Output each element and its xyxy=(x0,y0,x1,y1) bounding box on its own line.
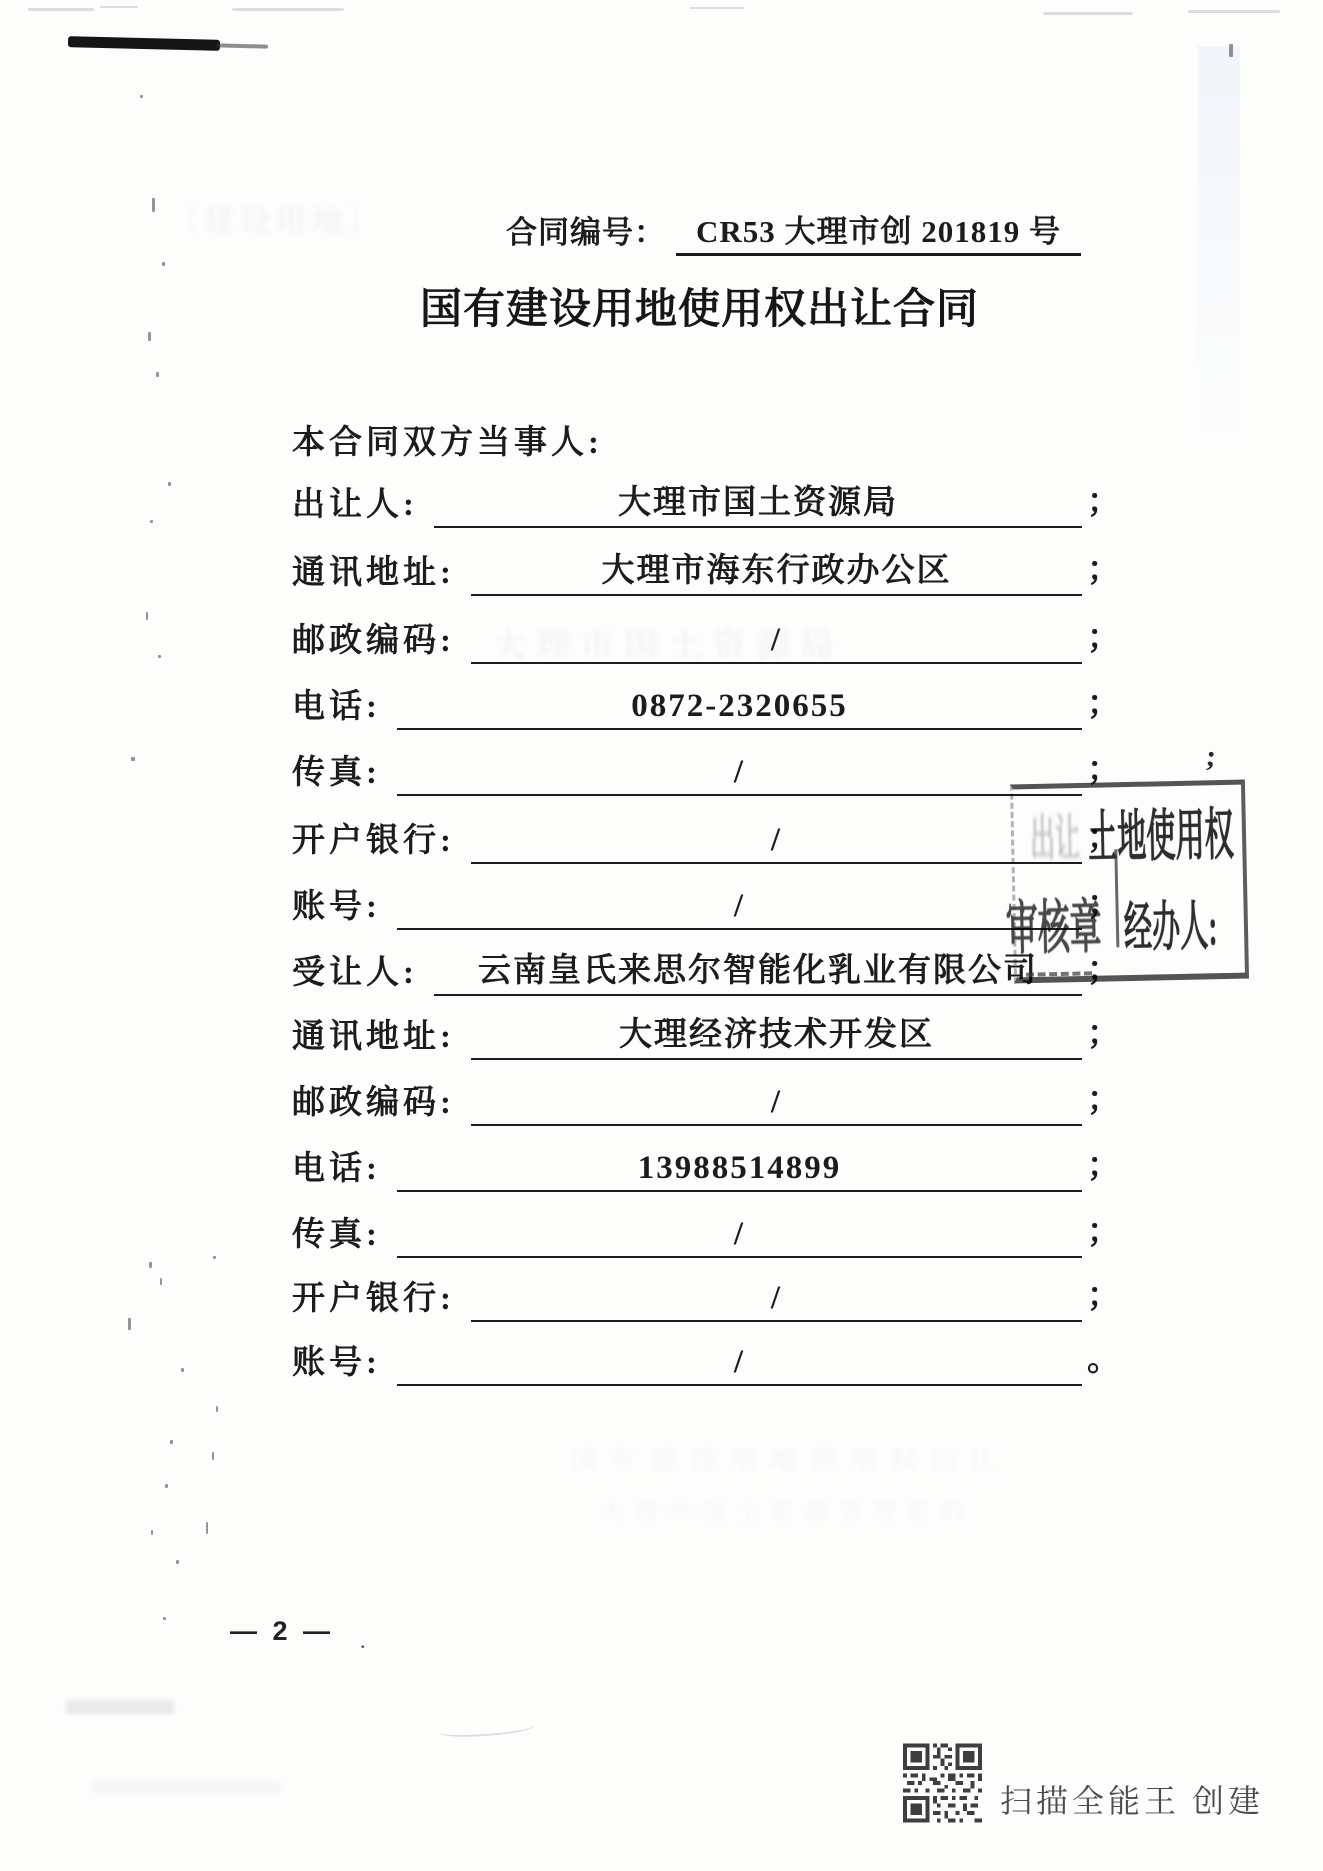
scan-speck-artifact xyxy=(158,655,161,658)
form-row-label: 电话: xyxy=(292,1142,381,1192)
form-row-label: 邮政编码: xyxy=(292,614,455,664)
scan-speck-artifact xyxy=(151,1530,153,1535)
scan-speck-artifact xyxy=(149,1262,152,1268)
form-row-value: / xyxy=(471,1280,1082,1322)
page-number: — 2 — xyxy=(230,1616,334,1647)
scan-speck-artifact xyxy=(212,1452,214,1460)
scanner-watermark-text: 扫描全能王 创建 xyxy=(1000,1776,1264,1822)
form-row: 开户银行: / ； xyxy=(292,1272,1120,1322)
form-row-value: 大理市海东行政办公区 xyxy=(471,544,1082,596)
form-row-label: 出让人: xyxy=(292,478,418,528)
form-row-punctuation: ； xyxy=(1087,543,1120,596)
form-row: 传真: / ； xyxy=(292,1208,1120,1258)
form-row-value: / xyxy=(397,888,1082,930)
form-row: 电话: 13988514899 ； xyxy=(292,1142,1120,1192)
form-row-label: 传真: xyxy=(292,1208,381,1258)
scan-speck-artifact xyxy=(150,520,153,523)
form-row-punctuation: 。 xyxy=(1087,1333,1120,1386)
form-row-punctuation: ； xyxy=(1087,611,1120,664)
form-row-label: 传真: xyxy=(292,746,381,796)
form-row-punctuation: ； xyxy=(1087,677,1120,730)
scan-dash-artifact xyxy=(1043,12,1133,15)
form-row-punctuation: ； xyxy=(1087,1007,1120,1060)
scan-speck-artifact xyxy=(162,262,165,266)
scan-speck-artifact xyxy=(165,1484,168,1488)
form-row-value: / xyxy=(471,822,1082,864)
form-row-value: / xyxy=(397,754,1082,796)
form-row-label: 通讯地址: xyxy=(292,1010,455,1060)
scan-speck-artifact xyxy=(146,612,148,620)
scan-dash-artifact xyxy=(28,8,94,11)
form-row-value: 大理市国土资源局 xyxy=(434,476,1082,528)
form-row-value: / xyxy=(471,1084,1082,1126)
page-number-dot: . xyxy=(360,1628,366,1654)
form-row: 电话: 0872-2320655 ； xyxy=(292,680,1120,730)
form-row-punctuation: ； xyxy=(1087,1073,1120,1126)
form-row-value: 云南皇氏来思尔智能化乳业有限公司 xyxy=(434,944,1082,996)
scan-speck-artifact xyxy=(170,1440,173,1444)
form-row-value: 大理经济技术开发区 xyxy=(471,1008,1082,1060)
qr-code xyxy=(903,1743,982,1823)
approval-stamp: 出让 土地使用权 审核章 经办人: xyxy=(1010,780,1249,984)
scan-speck-artifact xyxy=(156,372,159,377)
scan-speck-artifact xyxy=(140,95,143,98)
form-row-value: 13988514899 xyxy=(397,1150,1082,1192)
form-row-label: 开户银行: xyxy=(292,1272,455,1322)
form-row-label: 通讯地址: xyxy=(292,546,455,596)
scanned-contract-page: 〔建设用地〕 大理市国土资源局 国有建设用地使用权出让 大理市国土资源管理资料 … xyxy=(0,0,1323,1871)
scan-speck-artifact xyxy=(163,1617,166,1620)
form-row-punctuation: ； xyxy=(1087,1139,1120,1192)
scan-speck-artifact xyxy=(152,198,155,212)
form-row-punctuation: ； xyxy=(1087,475,1120,528)
scan-dash-artifact xyxy=(232,8,344,11)
stamp-line2-right-text: 经办人: xyxy=(1123,883,1218,962)
form-row-label: 账号: xyxy=(292,1336,381,1386)
form-row-label: 账号: xyxy=(292,880,381,930)
scan-speck-artifact xyxy=(213,1256,216,1259)
form-row-label: 开户银行: xyxy=(292,814,455,864)
stamp-faded-prefix: 出让 xyxy=(1029,798,1080,871)
scan-dash-artifact xyxy=(1188,10,1280,13)
form-row-punctuation: ； xyxy=(1087,1269,1120,1322)
form-row: 受让人: 云南皇氏来思尔智能化乳业有限公司 ； xyxy=(292,946,1120,996)
scan-speck-artifact xyxy=(160,1278,162,1285)
form-row: 通讯地址: 大理市海东行政办公区 ； xyxy=(292,546,1120,596)
stamp-line2-left-text: 审核章 xyxy=(1005,880,1102,966)
form-row: 邮政编码: / ； xyxy=(292,1076,1120,1126)
form-row-punctuation: ； xyxy=(1087,1205,1120,1258)
form-row-value: / xyxy=(397,1344,1082,1386)
form-row: 出让人: 大理市国土资源局 ； xyxy=(292,478,1120,528)
form-row: 开户银行: / ； xyxy=(292,814,1120,864)
scan-speck-artifact xyxy=(148,332,151,341)
scan-speck-artifact xyxy=(1229,44,1233,57)
form-row-label: 邮政编码: xyxy=(292,1076,455,1126)
stamp-line1-text: 土地使用权 xyxy=(1087,791,1234,874)
scan-speck-artifact xyxy=(216,1406,218,1412)
form-row-label: 受让人: xyxy=(292,946,418,996)
scan-speck-artifact xyxy=(128,1318,131,1330)
scan-speck-artifact xyxy=(131,757,135,761)
scan-speck-artifact xyxy=(168,482,171,486)
form-row-value: / xyxy=(397,1216,1082,1258)
form-row-label: 电话: xyxy=(292,680,381,730)
form-row: 邮政编码: / ； xyxy=(292,614,1120,664)
scan-dash-artifact xyxy=(100,6,138,8)
scan-speck-artifact xyxy=(206,1522,208,1534)
form-row-value: / xyxy=(471,622,1082,664)
scan-dash-artifact xyxy=(690,7,744,9)
form-row: 账号: / 。 xyxy=(292,1336,1120,1386)
form-row: 账号: / ； xyxy=(292,880,1120,930)
scan-speck-artifact xyxy=(176,1560,179,1564)
scan-speck-artifact xyxy=(181,1368,184,1372)
form-row-value: 0872-2320655 xyxy=(397,688,1082,730)
form-row: 通讯地址: 大理经济技术开发区 ； xyxy=(292,1010,1120,1060)
form-row: 传真: / ； xyxy=(292,746,1120,796)
